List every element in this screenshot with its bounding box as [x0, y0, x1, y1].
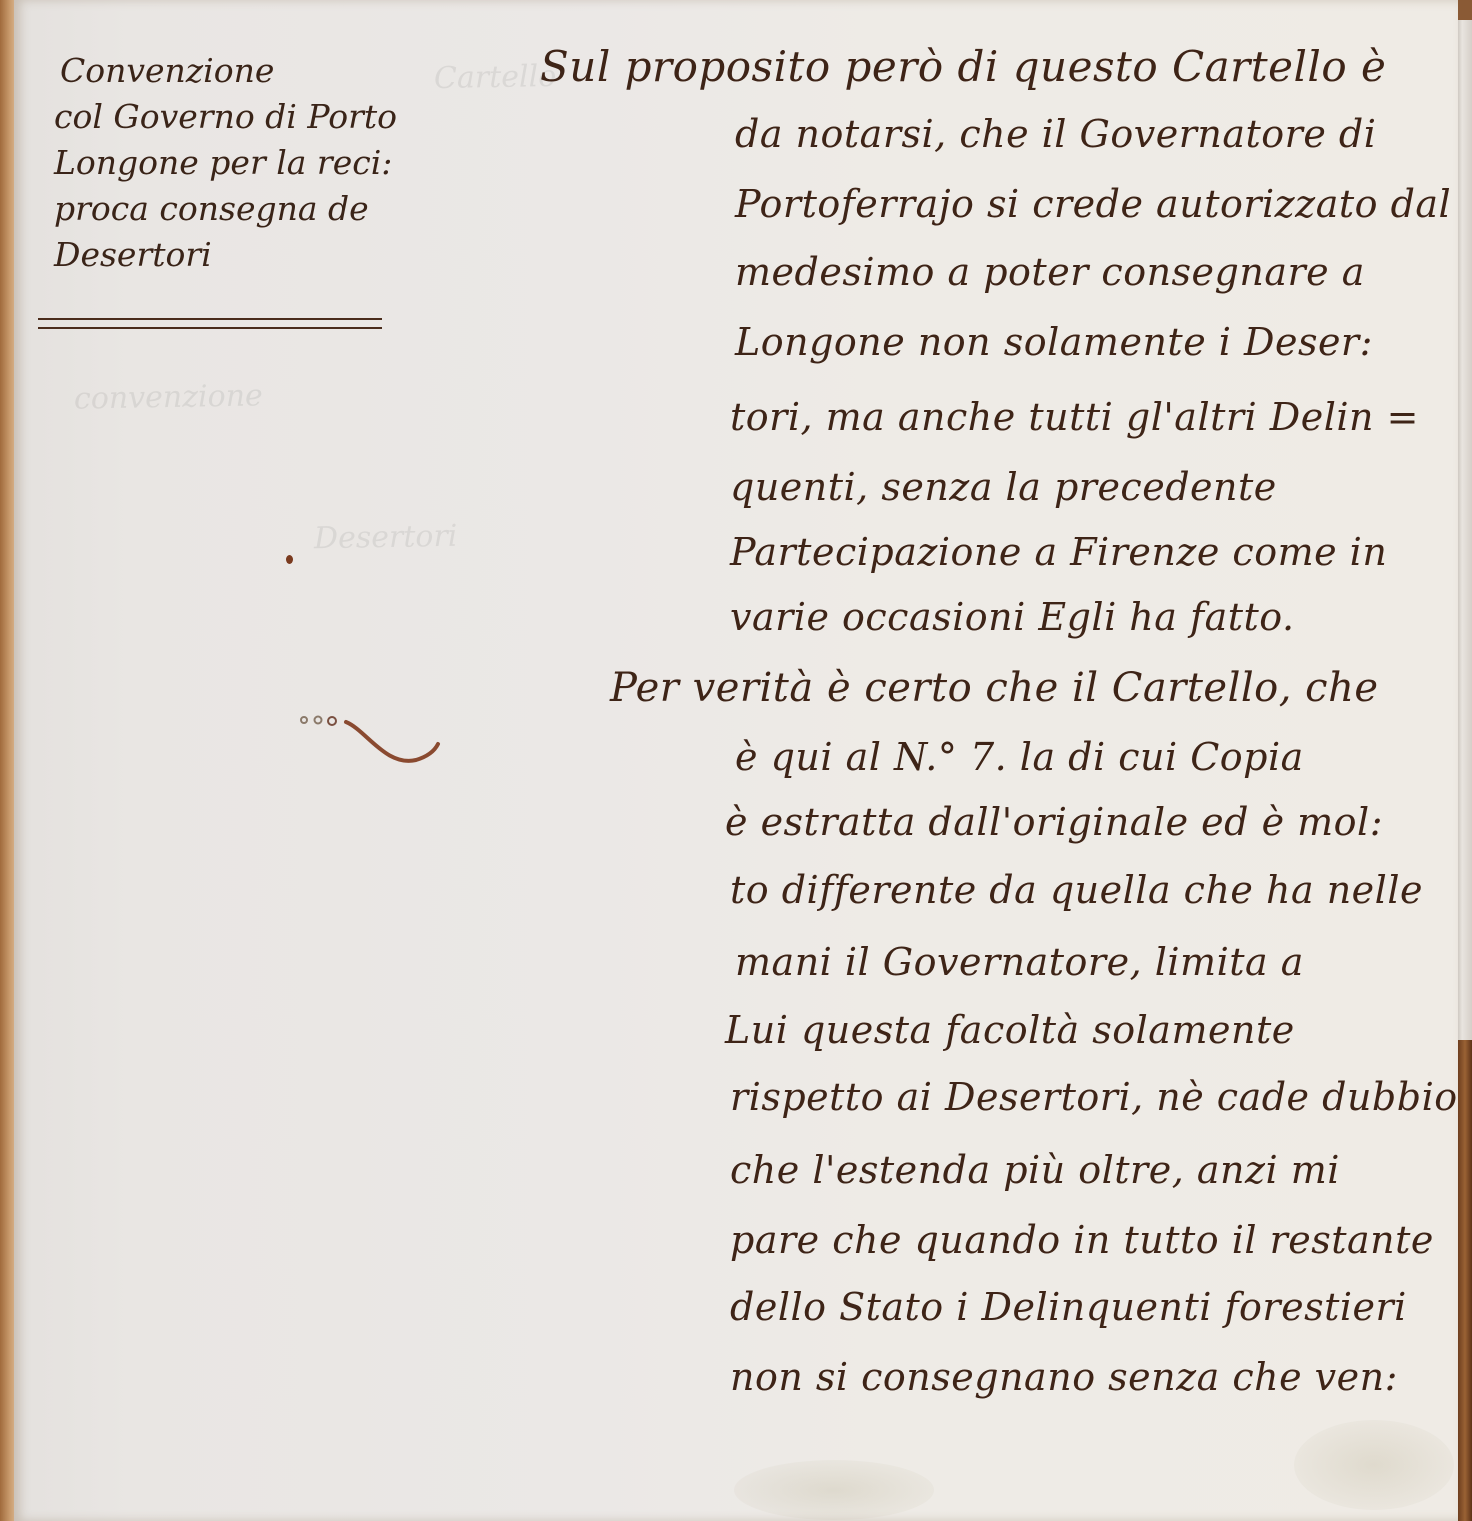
text-line: quenti, senza la precedente [730, 465, 1277, 509]
text-line: mani il Governatore, limita a [735, 940, 1304, 984]
text-line: rispetto ai Desertori, nè cade dubbio [730, 1075, 1458, 1119]
text-line: varie occasioni Egli ha fatto. [730, 595, 1295, 639]
text-line: Per verità è certo che il Cartello, che [610, 665, 1379, 711]
text-line: è qui al N.° 7. la di cui Copia [735, 735, 1304, 779]
text-line: Portoferrajo si crede autorizzato dal [735, 182, 1451, 226]
text-line: da notarsi, che il Governatore di [735, 112, 1376, 156]
manuscript-body: Sul proposito però di questo Cartello è … [0, 0, 1472, 1521]
text-line: Partecipazione a Firenze come in [730, 530, 1387, 574]
text-line: medesimo a poter consegnare a [735, 250, 1365, 294]
text-line: è estratta dall'originale ed è mol: [725, 800, 1383, 844]
text-line: pare che quando in tutto il restante [730, 1218, 1434, 1262]
text-line: dello Stato i Delinquenti forestieri [730, 1285, 1407, 1329]
text-line: tori, ma anche tutti gl'altri Delin = [730, 395, 1419, 439]
text-line: che l'estenda più oltre, anzi mi [730, 1148, 1340, 1192]
text-line: non si consegnano senza che ven: [730, 1355, 1398, 1399]
text-line: Longone non solamente i Deser: [735, 320, 1373, 364]
text-line: Lui questa facoltà solamente [725, 1008, 1295, 1052]
text-line: Sul proposito però di questo Cartello è [540, 42, 1386, 91]
text-line: to differente da quella che ha nelle [730, 868, 1423, 912]
